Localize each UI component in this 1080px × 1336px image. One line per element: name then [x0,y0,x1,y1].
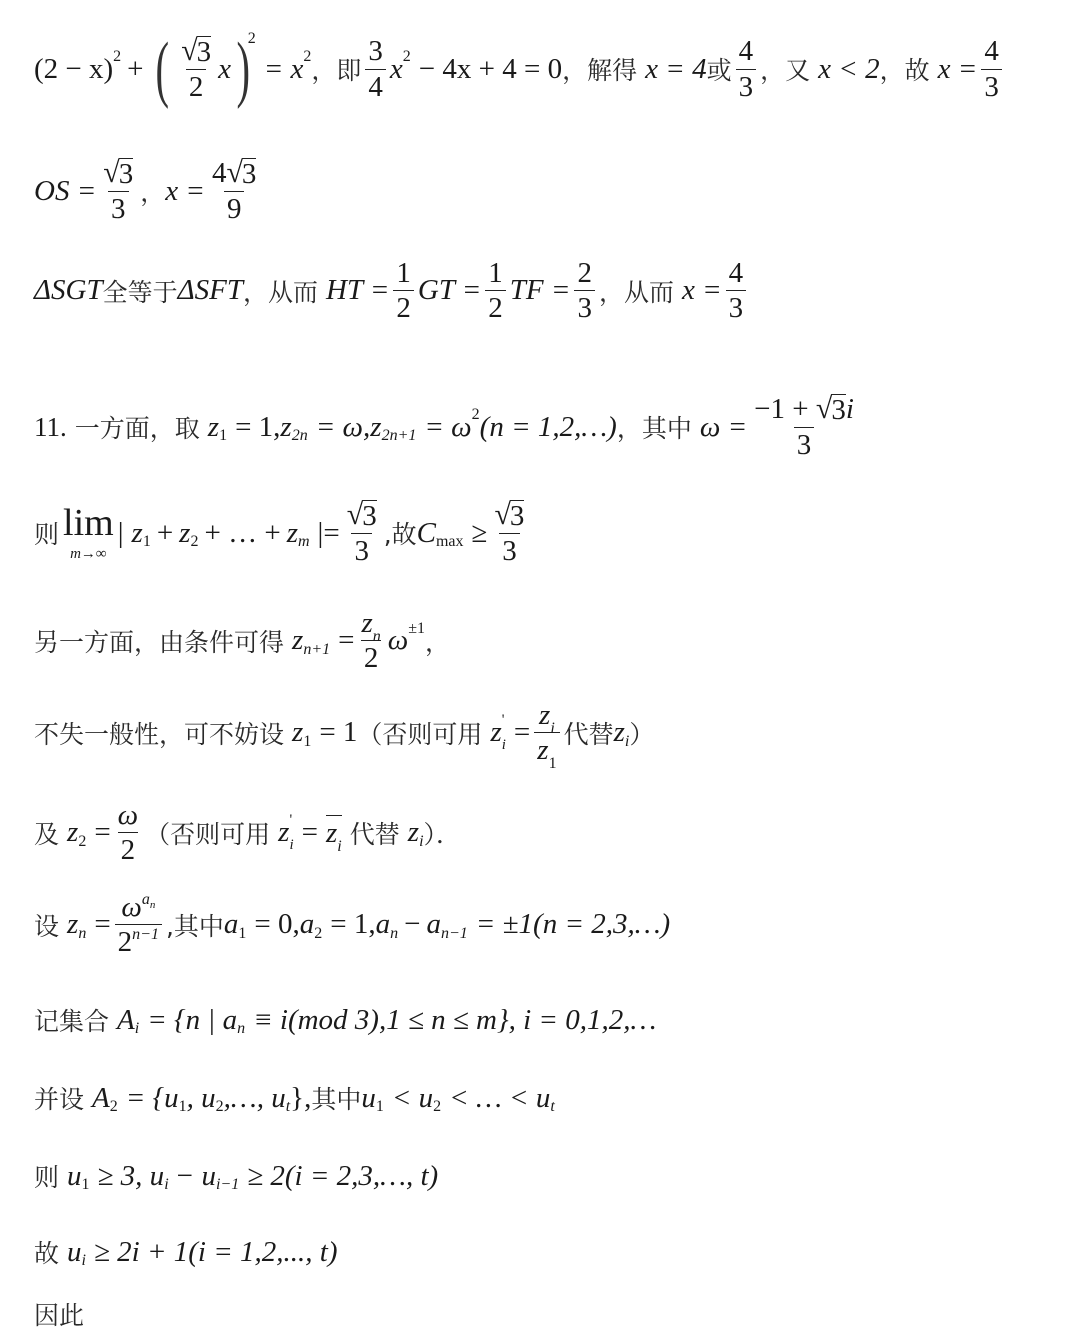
equation-wlog: 不失一般性，可不妨设 z 1 = 1 （否则可用 z ' i = zi z1 代… [34,700,654,766]
exponent: ±1 [408,620,425,638]
var-a: a [376,908,391,941]
text-qizhong: ,其中 [166,907,224,943]
var-z: z [278,816,289,849]
var-u: u [67,1160,82,1193]
subscript: t [286,1098,290,1116]
comma: ， [311,51,336,87]
expr-x-lt-2: x < 2 [818,53,879,86]
subscript: i [419,833,423,851]
var-a-set: A [92,1082,110,1115]
fraction-sqrt3-over-3: √3 3 [100,158,136,224]
var-z: z [292,624,303,657]
equals-sign: = [338,624,354,657]
fraction-4sqrt3-over-9: 4√3 9 [209,158,259,224]
subscript: 2n+1 [382,427,417,445]
fraction-zn-over-2: zn 2 [358,608,383,674]
equation-u-ineq: 则 u 1 ≥ 3, u i − u i−1 ≥ 2(i = 2,3,…, t) [34,1158,438,1194]
fraction-zi-over-z1: zi z1 [534,700,559,766]
expr: }, [290,1082,311,1115]
equation-os: OS = √3 3 ， x = 4√3 9 [34,158,263,224]
var-z: z [280,411,291,444]
triangle-sgt: ΔSGT [34,274,103,307]
exponent: 2 [403,48,411,66]
text-paren-open: （否则可用 [145,815,270,851]
text-ze: 则 [34,515,59,551]
plus-sign: + [127,53,143,86]
comma: ， [880,51,905,87]
text-she: 设 [34,907,59,943]
text-paren-close: ） [629,715,654,751]
text-ze: 则 [34,1158,59,1194]
equation-a2: 并设 A 2 = {u 1 , u 2 ,…, u t }, 其中 u 1 < … [34,1080,555,1116]
text-ji: 即 [336,51,361,87]
subscript: 2 [314,925,322,943]
problem-11-intro: 11. 一方面，取 z 1 = 1, z 2n = ω, z 2n+1 = ω … [34,394,861,460]
var-a: a [224,908,239,941]
subscript: i [82,1252,86,1270]
expr: < u [392,1082,433,1115]
subscript: 1 [219,427,227,445]
exponent: 2 [472,406,480,424]
subscript: 2 [433,1098,441,1116]
comma: ， [617,409,642,445]
fraction-omega-an-over-2n1: ωan 2n−1 [115,892,162,958]
var-z: z [67,816,78,849]
limit-operator: lim m→∞ [63,504,114,563]
text-daiti: 代替 [350,815,400,851]
expr-tf-eq: TF = [510,274,571,307]
subscript: i−1 [216,1176,239,1194]
subscript: 1 [179,1098,187,1116]
subscript: m [298,533,310,551]
fraction-4-3: 4 3 [736,36,757,102]
var-u: u [361,1082,376,1115]
equation-set-ai: 记集合 A i = {n | a n ≡ i(mod 3),1 ≤ n ≤ m}… [34,1002,656,1038]
fraction-1-2: 1 2 [393,258,414,324]
subscript: 1 [376,1098,384,1116]
var-z: z [67,908,78,941]
text-gu: 故 [34,1234,59,1270]
equation-z2: 及 z 2 = ω 2 （否则可用 z ' i = zi 代替 z i ）． [34,800,461,866]
text-set: 记集合 [34,1002,109,1038]
text-jiede: 解得 [587,51,637,87]
problem-number: 11. [34,412,67,443]
expr: + … + [204,517,280,550]
text-qizhong: 其中 [642,409,692,445]
var-c: C [417,517,436,550]
expr: ≥ 2i + 1(i = 1,2,..., t) [94,1236,338,1269]
expr-x-eq: x = [938,53,978,86]
comma: ， [760,51,785,87]
expr: < … < u [449,1082,550,1115]
equation-recurrence: 另一方面，由条件可得 z n+1 = zn 2 ω ±1 ， [34,608,450,674]
abs-close: |= [318,517,340,550]
text-gu: 故 [905,51,930,87]
equation-quadratic: (2 − x) 2 + ( √3 2 x ) 2 = x 2 ， 即 3 4 x… [34,32,1006,106]
equation-congruent: ΔSGT 全等于 ΔSFT ， 从而 HT = 1 2 GT = 1 2 TF … [34,258,750,324]
equals-sign: = [302,816,318,849]
var-z: z [292,716,303,749]
fraction-sqrt3-over-3: √3 3 [344,500,380,566]
fraction-omega-over-2: ω 2 [115,800,141,866]
subscript: i [164,1176,168,1194]
var-u: u [67,1236,82,1269]
exponent: 2 [248,30,256,48]
fraction-3-4: 3 4 [365,36,386,102]
comma: ， [243,273,268,309]
expr-rest: − 4x + 4 = 0 [419,53,562,86]
expr-gt-eq: GT = [418,274,481,307]
subscript: 2 [110,1098,118,1116]
text-wlog: 不失一般性，可不妨设 [34,715,284,751]
comma: ， [425,623,450,659]
expr: ≥ 2(i = 2,3,…, t) [247,1160,438,1193]
subscript: n [237,1020,245,1038]
subscript: 1 [143,533,151,551]
comma: ， [562,51,587,87]
var-z: z [179,517,190,550]
subscript: 2 [190,533,198,551]
equals-sign: = [94,816,110,849]
var-a: a [427,908,442,941]
comma: ， [599,273,624,309]
var-z: z [287,517,298,550]
minus-sign: − [404,908,420,941]
expr: = {n | a [147,1004,237,1037]
text-congru: 从而 [624,273,674,309]
expr: = ω, [316,411,371,444]
expr: , u [187,1082,216,1115]
exponent: 2 [113,48,121,66]
fraction-omega: −1 + √3i 3 [751,394,857,460]
subscript: n+1 [303,641,330,659]
text-therefore: 因此 [34,1296,84,1332]
text-daiti: 代替 [564,715,614,751]
equation-u-bound: 故 u i ≥ 2i + 1(i = 1,2,..., t) [34,1234,338,1270]
text-congru: 从而 [268,273,318,309]
expr: ≥ 3, u [98,1160,165,1193]
expr: = 1 [319,716,357,749]
expr-os-eq: OS = [34,175,96,208]
abs-open: | [118,517,124,550]
expr: = 1, [235,411,280,444]
subscript-max: max [436,533,464,551]
text-congruent: 全等于 [103,273,178,309]
exponent: 2 [303,48,311,66]
text-paren-close: ）． [424,815,462,851]
subscript: 1 [238,925,246,943]
text-ji: 及 [34,815,59,851]
subscript: 2n [292,427,308,445]
expr: − u [175,1160,216,1193]
equals-x: = x [264,53,304,86]
equation-limit: 则 lim m→∞ | z 1 + z 2 + … + z m |= √3 3 … [34,500,531,566]
text-you: 又 [785,51,810,87]
expr-ht-eq: HT = [326,274,389,307]
conjugate-z: zi [326,815,342,850]
var-a: a [300,908,315,941]
text-qizhong: 其中 [311,1080,361,1116]
expr: = ω [424,411,471,444]
subscript: n−1 [441,925,468,943]
subscript: n [390,925,398,943]
text-bingshe: 并设 [34,1080,84,1116]
fraction-sqrt3-over-3: √3 3 [491,500,527,566]
text-huo: 或 [707,51,732,87]
expr-x-eq: x = [682,274,722,307]
fraction-4-3: 4 3 [726,258,747,324]
text-paren-open: （否则可用 [357,715,482,751]
expr: = 1, [330,908,375,941]
text-yifangmian: 一方面，取 [75,409,200,445]
fraction-2-3: 2 3 [574,258,595,324]
fraction-1-2: 1 2 [485,258,506,324]
expr-2-minus-x: (2 − x) [34,53,113,86]
fraction-sqrt3-over-2: √3 2 [178,36,214,102]
subscript: i [625,733,629,751]
expr: = ±1(n = 2,3,…) [476,908,670,941]
plus-sign: + [157,517,173,550]
expr: = 0, [254,908,299,941]
subscript: 1 [82,1176,90,1194]
subscript: 2 [216,1098,224,1116]
expr-range: (n = 1,2,…) [480,411,617,444]
equals-sign: = [94,908,110,941]
text-yinci: 因此 [34,1296,84,1332]
expr-x-eq-4: x = 4 [645,53,706,86]
subscript: 1 [303,733,311,751]
var-x: x [218,53,231,86]
var-a-set: A [117,1004,135,1037]
expr-omega-eq: ω = [700,411,747,444]
subscript: t [550,1098,554,1116]
equals-sign: = [514,716,530,749]
text-intro: 另一方面，由条件可得 [34,623,284,659]
var-z: z [614,716,625,749]
var-z: z [370,411,381,444]
var-z: z [408,816,419,849]
subscript: 2 [78,833,86,851]
expr: ≡ i(mod 3),1 ≤ n ≤ m}, i = 0,1,2,… [253,1004,656,1037]
equation-zn: 设 z n = ωan 2n−1 ,其中 a 1 = 0, a 2 = 1, a… [34,892,670,958]
ge-sign: ≥ [472,517,488,550]
text-gu: ,故 [384,515,417,551]
left-paren: ( [155,32,169,106]
var-z: z [490,716,501,749]
expr: = {u [126,1082,179,1115]
triangle-sft: ΔSFT [178,274,243,307]
expr: ,…, u [224,1082,286,1115]
comma: ， [140,173,165,209]
expr-x-eq: x = [165,175,205,208]
var-z: z [132,517,143,550]
var-x: x [390,53,403,86]
fraction-answer: 4 3 [981,36,1002,102]
var-omega: ω [388,624,408,657]
subscript: i [135,1020,139,1038]
var-z: z [208,411,219,444]
subscript: n [78,925,86,943]
